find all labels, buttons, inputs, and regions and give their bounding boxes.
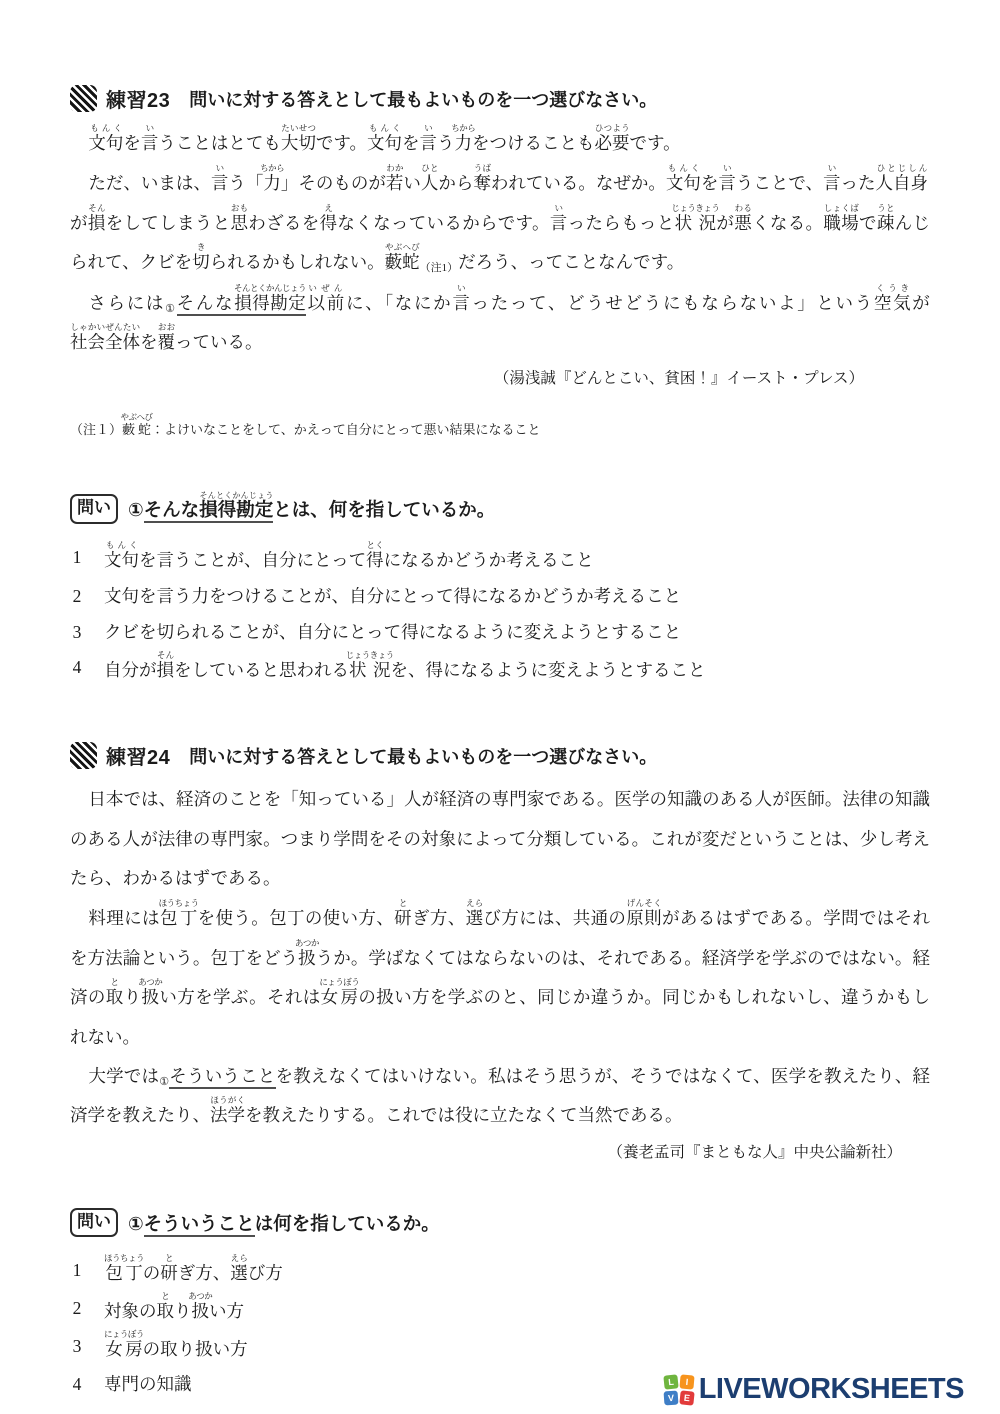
question-line: 問い ①そんな損得勘定そんとくかんじょうとは、何を指しているか。 [70, 491, 930, 524]
worksheet-page: 練習23 問いに対する答えとして最もよいものを一つ選びなさい。 文句もんくを言い… [0, 0, 1000, 1402]
exercise-number: 練習23 [106, 84, 170, 113]
passage-paragraph: 日本では、経済のことを「知っている」人が経済の専門家である。医学の知識のある人が… [70, 780, 930, 898]
exercise-instruction: 問いに対する答えとして最もよいものを一つ選びなさい。 [189, 86, 657, 112]
liveworksheets-logo: L I V E LIVEWORKSHEETS [664, 1373, 964, 1406]
question-text: ①そういうことは何を指しているか。 [128, 1210, 440, 1238]
liveworksheets-tiles-icon: L I V E [664, 1375, 694, 1405]
passage-24: 日本では、経済のことを「知っている」人が経済の専門家である。医学の知識のある人が… [70, 780, 930, 1135]
exercise-23: 練習23 問いに対する答えとして最もよいものを一つ選びなさい。 文句もんくを言い… [70, 84, 930, 689]
answer-option-1[interactable]: 1 包丁ほうちょうの研とぎ方、選えらび方 [70, 1253, 930, 1291]
passage-paragraph: さらには①そんな損得勘定そんとくかんじょう以前いぜんに、「なにか言いったって、ど… [70, 283, 930, 363]
option-text: 文句もんくを言うことが、自分にとって得とくになるかどうか考えること [104, 540, 594, 579]
source-citation: （養老孟司『まともな人』中央公論新社） [70, 1140, 930, 1162]
option-text: 文句を言う力をつけることが、自分にとって得になるかどうか考えること [104, 579, 681, 615]
logo-tile-i: I [679, 1374, 694, 1389]
option-number: 3 [70, 615, 84, 651]
exercise-number: 練習24 [106, 741, 170, 770]
exercise-23-header: 練習23 問いに対する答えとして最もよいものを一つ選びなさい。 [70, 84, 930, 113]
option-number: 2 [70, 579, 84, 615]
vocabulary-note: （注１）藪蛇やぶへび：よけいなことをして、かえって自分にとって悪い結果になること [70, 412, 930, 441]
option-number: 4 [70, 650, 84, 689]
question-line: 問い ①そういうことは何を指しているか。 [70, 1208, 930, 1238]
question-label-box: 問い [70, 1208, 118, 1238]
logo-tile-l: L [663, 1374, 678, 1389]
answer-option-3[interactable]: 3 女房にょうぼうの取り扱い方 [70, 1329, 930, 1367]
option-number: 1 [70, 1253, 84, 1291]
question-23: 問い ①そんな損得勘定そんとくかんじょうとは、何を指しているか。 1 文句もんく… [70, 491, 930, 689]
logo-tile-e: E [679, 1390, 694, 1405]
option-text: 対象の取とり扱あつかい方 [104, 1291, 244, 1329]
answer-options: 1 文句もんくを言うことが、自分にとって得とくになるかどうか考えること 2 文句… [70, 540, 930, 690]
logo-text: LIVEWORKSHEETS [699, 1373, 964, 1406]
option-text: 包丁ほうちょうの研とぎ方、選えらび方 [104, 1253, 283, 1291]
exercise-instruction: 問いに対する答えとして最もよいものを一つ選びなさい。 [189, 743, 657, 769]
option-text: 専門の知識 [104, 1367, 192, 1402]
passage-paragraph: ただ、いまは、言いう「力ちから」そのものが若わかい人ひとから奪うばわれている。な… [70, 163, 930, 282]
question-label-box: 問い [70, 494, 118, 524]
option-number: 1 [70, 540, 84, 579]
answer-option-4[interactable]: 4 自分が損そんをしていると思われる状況じょうきょうを、得になるように変えようと… [70, 650, 930, 689]
question-text: ①そんな損得勘定そんとくかんじょうとは、何を指しているか。 [128, 491, 495, 524]
exercise-24: 練習24 問いに対する答えとして最もよいものを一つ選びなさい。 日本では、経済の… [70, 741, 930, 1402]
exercise-24-header: 練習24 問いに対する答えとして最もよいものを一つ選びなさい。 [70, 741, 930, 770]
passage-paragraph: 文句もんくを言いうことはとても大切たいせつです。文句もんくを言いう力ちからをつけ… [70, 123, 930, 163]
answer-option-2[interactable]: 2 対象の取とり扱あつかい方 [70, 1291, 930, 1329]
hatched-square-icon [70, 85, 97, 112]
answer-option-1[interactable]: 1 文句もんくを言うことが、自分にとって得とくになるかどうか考えること [70, 540, 930, 579]
option-number: 3 [70, 1329, 84, 1367]
passage-paragraph: 大学では①そういうことを教えなくてはいけない。私はそう思うが、そうではなくて、医… [70, 1057, 930, 1136]
option-text: クビを切られることが、自分にとって得になるように変えようとすること [104, 615, 681, 651]
option-number: 4 [70, 1367, 84, 1402]
logo-tile-v: V [663, 1390, 678, 1405]
passage-23: 文句もんくを言いうことはとても大切たいせつです。文句もんくを言いう力ちからをつけ… [70, 123, 930, 362]
option-text: 自分が損そんをしていると思われる状況じょうきょうを、得になるように変えようとする… [104, 650, 706, 689]
passage-paragraph: 料理には包丁ほうちょうを使う。包丁の使い方、研とぎ方、選えらび方には、共通の原則… [70, 898, 930, 1057]
answer-option-3[interactable]: 3 クビを切られることが、自分にとって得になるように変えようとすること [70, 615, 930, 651]
source-citation: （湯浅誠『どんとこい、貧困！』イースト・プレス） [70, 366, 930, 388]
option-number: 2 [70, 1291, 84, 1329]
option-text: 女房にょうぼうの取り扱い方 [104, 1329, 248, 1367]
answer-option-2[interactable]: 2 文句を言う力をつけることが、自分にとって得になるかどうか考えること [70, 579, 930, 615]
hatched-square-icon [70, 742, 97, 769]
